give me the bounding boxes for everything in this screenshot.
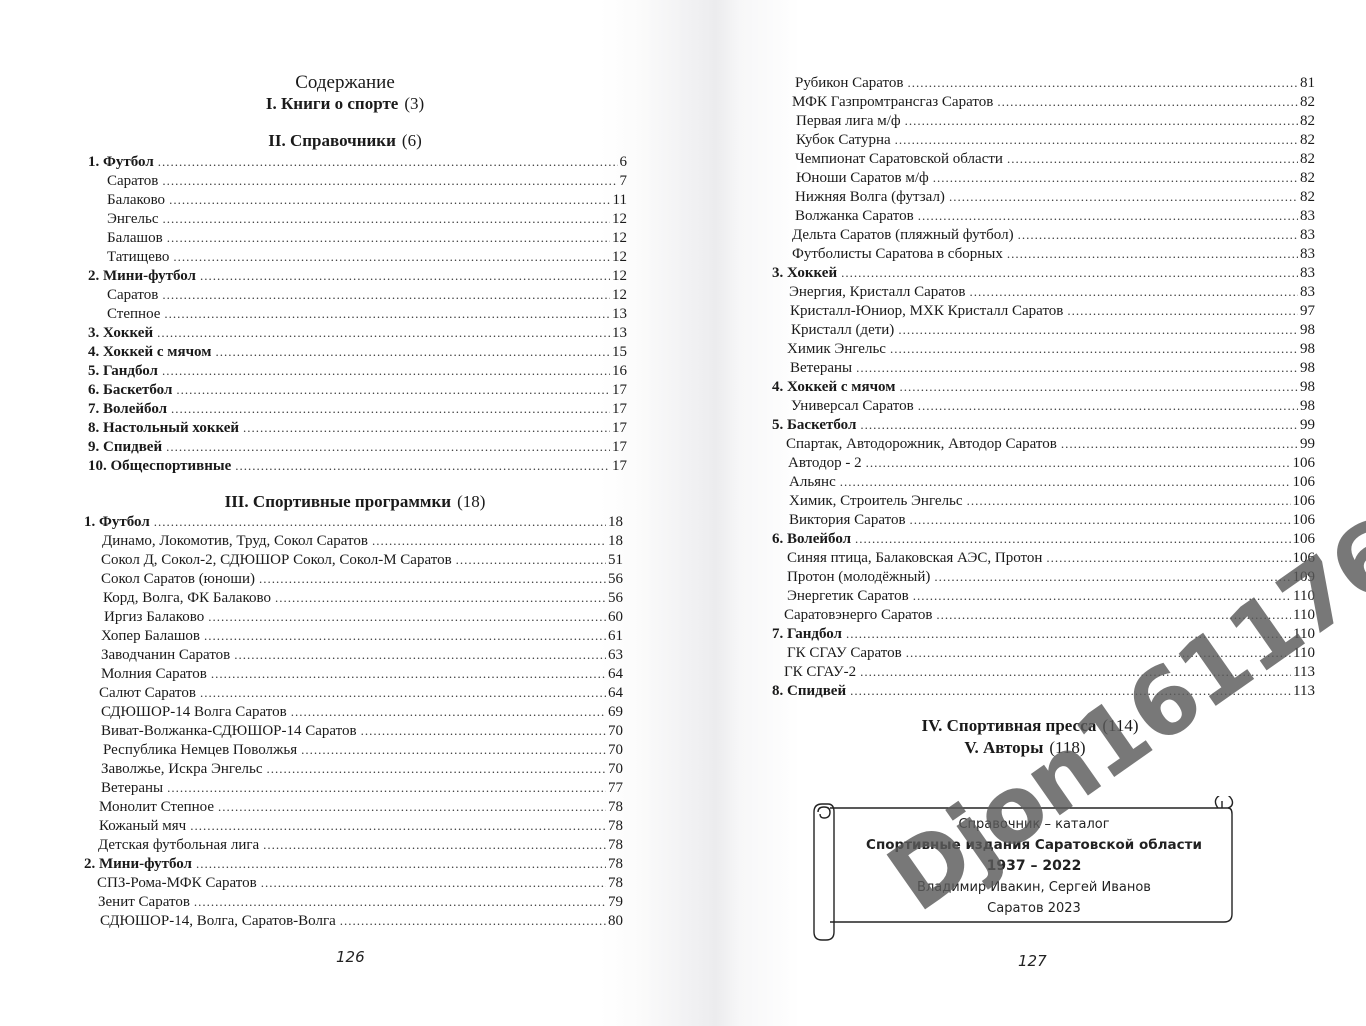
toc-entry-label: Энергетик Саратов — [787, 587, 913, 606]
toc-entry-label: СДЮШОР-14, Волга, Саратов-Волга — [100, 912, 340, 931]
toc-entry-label: Юноши Саратов м/ф — [796, 169, 933, 188]
toc-leader-dots — [267, 759, 606, 778]
toc-entry-label: Кристалл-Юниор, МХК Кристалл Саратов — [790, 302, 1067, 321]
toc-entry-label: Корд, Волга, ФК Балаково — [103, 589, 275, 608]
toc-entry-label: Зенит Саратов — [98, 893, 194, 912]
toc-section-entry: 10. Общеспортивные17 — [88, 456, 627, 475]
toc-entry-page-number: 82 — [1298, 188, 1315, 207]
toc-leader-dots — [907, 73, 1298, 92]
toc-leader-dots — [918, 206, 1298, 225]
toc-entry-page-number: 106 — [1291, 530, 1316, 549]
toc-leader-dots — [1067, 301, 1298, 320]
toc-entry-label: Хопер Балашов — [101, 627, 204, 646]
toc-entry-label: Энгельс — [107, 210, 163, 229]
toc-entry-label: 7. Гандбол — [772, 625, 846, 644]
toc-entry-label: Волжанка Саратов — [795, 207, 918, 226]
toc-entry-page-number: 79 — [606, 893, 623, 912]
toc-leader-dots — [162, 171, 617, 190]
toc-entry-label: Кубок Сатурна — [796, 131, 895, 150]
toc-entry-page-number: 18 — [606, 532, 623, 551]
toc-subentry: Химик, Строитель Энгельс106 — [789, 491, 1315, 510]
toc-leader-dots — [949, 187, 1298, 206]
toc-subentry: Энергетик Саратов110 — [787, 586, 1315, 605]
toc-entry-page-number: 78 — [606, 817, 623, 836]
toc-entry-label: Химик, Строитель Энгельс — [789, 492, 967, 511]
toc-entry-page-number: 70 — [606, 760, 623, 779]
toc-leader-dots — [898, 320, 1298, 339]
toc-entry-page-number: 17 — [610, 400, 627, 419]
toc-entry-page-number: 69 — [606, 703, 623, 722]
toc-entry-page-number: 110 — [1291, 644, 1315, 663]
toc-entry-label: Заводчанин Саратов — [101, 646, 234, 665]
toc-entry-label: 7. Волейбол — [88, 400, 171, 419]
toc-leader-dots — [856, 358, 1298, 377]
toc-leader-dots — [1061, 434, 1298, 453]
toc-entry-page-number: 106 — [1291, 492, 1316, 511]
toc-subentry: Химик Энгельс98 — [787, 339, 1315, 358]
toc-subentry: МФК Газпромтрансгаз Саратов82 — [792, 92, 1315, 111]
toc-leader-dots — [456, 550, 606, 569]
toc-subentry: СДЮШОР-14 Волга Саратов69 — [101, 702, 623, 721]
toc-leader-dots — [866, 453, 1291, 472]
toc-subentry: Кубок Сатурна82 — [796, 130, 1315, 149]
toc-entry-page-number: 70 — [606, 741, 623, 760]
toc-subentry: СПЗ-Рома-МФК Саратов78 — [97, 873, 623, 892]
toc-subentry: Салют Саратов64 — [99, 683, 623, 702]
toc-leader-dots — [1007, 244, 1298, 263]
toc-entry-label: 1. Футбол — [88, 153, 158, 172]
toc-entry-label: Энергия, Кристалл Саратов — [789, 283, 969, 302]
toc-leader-dots — [906, 643, 1291, 662]
toc-entry-label: МФК Газпромтрансгаз Саратов — [792, 93, 997, 112]
toc-entry-label: Нижняя Волга (футзал) — [795, 188, 949, 207]
toc-leader-dots — [167, 778, 606, 797]
toc-section-entry: 6. Волейбол106 — [772, 529, 1315, 548]
toc-leader-dots — [291, 702, 606, 721]
toc-subentry: Сокол Саратов (юноши)56 — [101, 569, 623, 588]
toc-subentry: Балашов12 — [107, 228, 627, 247]
toc-entry-page-number: 18 — [606, 513, 623, 532]
toc-leader-dots — [1018, 225, 1298, 244]
toc-entry-label: Саратов — [107, 286, 162, 305]
imprint-scroll-banner: Справочник – каталог Спортивные издания … — [808, 796, 1240, 942]
toc-leader-dots — [162, 361, 610, 380]
toc-entry-label: Степное — [107, 305, 164, 324]
toc-leader-dots — [176, 380, 610, 399]
section-heading-reference: II. Справочники(6) — [210, 131, 480, 151]
toc-leader-dots — [154, 512, 606, 531]
toc-section-entry: 3. Хоккей83 — [772, 263, 1315, 282]
toc-subentry: Заволжье, Искра Энгельс70 — [101, 759, 623, 778]
toc-entry-label: Монолит Степное — [99, 798, 218, 817]
toc-subentry: ГК СГАУ Саратов110 — [787, 643, 1315, 662]
toc-entry-label: Сокол Д, Сокол-2, СДЮШОР Сокол, Сокол-М … — [101, 551, 456, 570]
toc-entry-label: Виктория Саратов — [789, 511, 910, 530]
toc-entry-label: Саратовэнерго Саратов — [784, 606, 936, 625]
toc-section-entry: 1. Футбол18 — [84, 512, 623, 531]
toc-subentry: Виктория Саратов106 — [789, 510, 1315, 529]
toc-entry-label: Виват-Волжанка-СДЮШОР-14 Саратов — [101, 722, 361, 741]
toc-subentry: Заводчанин Саратов63 — [101, 645, 623, 664]
toc-entry-page-number: 83 — [1298, 226, 1315, 245]
toc-entry-label: 10. Общеспортивные — [88, 457, 235, 476]
toc-entry-page-number: 12 — [610, 267, 627, 286]
toc-subentry: СДЮШОР-14, Волга, Саратов-Волга80 — [100, 911, 623, 930]
toc-subentry: Юноши Саратов м/ф82 — [796, 168, 1315, 187]
toc-entry-label: Чемпионат Саратовской области — [795, 150, 1007, 169]
toc-entry-page-number: 60 — [606, 608, 623, 627]
toc-entry-page-number: 98 — [1298, 359, 1315, 378]
toc-leader-dots — [235, 456, 610, 475]
toc-entry-label: Ветераны — [101, 779, 167, 798]
toc-leader-dots — [234, 645, 606, 664]
toc-subentry: Кристалл (дети)98 — [791, 320, 1315, 339]
toc-entry-page-number: 81 — [1298, 74, 1315, 93]
toc-leader-dots — [936, 605, 1291, 624]
toc-entry-label: Детская футбольная лига — [98, 836, 263, 855]
toc-leader-dots — [263, 835, 606, 854]
toc-entry-page-number: 106 — [1291, 473, 1316, 492]
toc-entry-label: 1. Футбол — [84, 513, 154, 532]
toc-leader-dots — [372, 531, 606, 550]
toc-entry-label: Ветераны — [790, 359, 856, 378]
toc-leader-dots — [850, 681, 1291, 700]
section-heading-programs: III. Спортивные программки(18) — [150, 492, 560, 512]
toc-entry-label: Балаково — [107, 191, 169, 210]
toc-entry-label: СПЗ-Рома-МФК Саратов — [97, 874, 261, 893]
toc-entry-page-number: 17 — [610, 381, 627, 400]
toc-entry-page-number: 82 — [1298, 93, 1315, 112]
toc-subentry: Монолит Степное78 — [99, 797, 623, 816]
toc-subentry: Чемпионат Саратовской области82 — [795, 149, 1315, 168]
toc-section-entry: 8. Спидвей113 — [772, 681, 1315, 700]
toc-entry-label: 4. Хоккей с мячом — [88, 343, 215, 362]
toc-entry-page-number: 16 — [610, 362, 627, 381]
toc-entry-page-number: 82 — [1298, 112, 1315, 131]
toc-subentry: Кристалл-Юниор, МХК Кристалл Саратов97 — [790, 301, 1315, 320]
toc-entry-page-number: 98 — [1298, 321, 1315, 340]
toc-subentry: Детская футбольная лига78 — [98, 835, 623, 854]
toc-leader-dots — [899, 377, 1298, 396]
toc-subentry: Саратов7 — [107, 171, 627, 190]
toc-section-entry: 6. Баскетбол17 — [88, 380, 627, 399]
toc-leader-dots — [261, 873, 606, 892]
toc-entry-label: 3. Хоккей — [88, 324, 157, 343]
imprint-years: 1937 – 2022 — [838, 856, 1230, 877]
toc-entry-page-number: 12 — [610, 229, 627, 248]
toc-subentry: Балаково11 — [107, 190, 627, 209]
toc-entry-page-number: 13 — [610, 324, 627, 343]
toc-leader-dots — [934, 567, 1290, 586]
toc-subentry: Универсал Саратов98 — [791, 396, 1315, 415]
toc-entry-page-number: 17 — [610, 457, 627, 476]
toc-entry-page-number: 83 — [1298, 245, 1315, 264]
toc-entry-page-number: 97 — [1298, 302, 1315, 321]
toc-subentry: Нижняя Волга (футзал)82 — [795, 187, 1315, 206]
toc-entry-label: Балашов — [107, 229, 167, 248]
toc-entry-page-number: 82 — [1298, 169, 1315, 188]
page-number-left: 126 — [336, 948, 365, 966]
toc-subentry: ГК СГАУ-2113 — [784, 662, 1315, 681]
imprint-subtitle: Справочник – каталог — [838, 814, 1230, 835]
toc-entry-page-number: 64 — [606, 665, 623, 684]
toc-entry-page-number: 7 — [618, 172, 628, 191]
toc-leader-dots — [171, 399, 610, 418]
toc-entry-page-number: 83 — [1298, 207, 1315, 226]
toc-leader-dots — [157, 323, 610, 342]
toc-leader-dots — [860, 662, 1291, 681]
toc-entry-label: 8. Спидвей — [772, 682, 850, 701]
toc-entry-label: 5. Баскетбол — [772, 416, 860, 435]
toc-leader-dots — [204, 626, 606, 645]
toc-entry-label: 4. Хоккей с мячом — [772, 378, 899, 397]
toc-leader-dots — [301, 740, 606, 759]
toc-entry-label: 9. Спидвей — [88, 438, 166, 457]
toc-subentry: Кожаный мяч78 — [99, 816, 623, 835]
page-number-right: 127 — [1018, 952, 1047, 970]
toc-entry-label: Кожаный мяч — [99, 817, 190, 836]
toc-entry-page-number: 56 — [606, 570, 623, 589]
toc-entry-label: Синяя птица, Балаковская АЭС, Протон — [787, 549, 1046, 568]
toc-subentry: Саратов12 — [107, 285, 627, 304]
toc-entry-page-number: 12 — [610, 210, 627, 229]
toc-leader-dots — [194, 892, 606, 911]
contents-title: Содержание — [250, 72, 440, 94]
toc-subentry: Динамо, Локомотив, Труд, Сокол Саратов18 — [102, 531, 623, 550]
toc-leader-dots — [173, 247, 610, 266]
toc-section-entry: 4. Хоккей с мячом15 — [88, 342, 627, 361]
toc-entry-page-number: 11 — [611, 191, 627, 210]
toc-leader-dots — [967, 491, 1291, 510]
toc-leader-dots — [969, 282, 1298, 301]
toc-entry-label: Заволжье, Искра Энгельс — [101, 760, 267, 779]
toc-entry-label: 8. Настольный хоккей — [88, 419, 243, 438]
toc-entry-label: Дельта Саратов (пляжный футбол) — [792, 226, 1018, 245]
toc-entry-page-number: 6 — [618, 153, 628, 172]
toc-entry-page-number: 12 — [610, 286, 627, 305]
toc-entry-label: Салют Саратов — [99, 684, 200, 703]
toc-entry-page-number: 113 — [1291, 663, 1315, 682]
toc-leader-dots — [361, 721, 606, 740]
toc-leader-dots — [840, 472, 1291, 491]
toc-leader-dots — [259, 569, 606, 588]
toc-entry-page-number: 12 — [610, 248, 627, 267]
toc-subentry: Хопер Балашов61 — [101, 626, 623, 645]
toc-entry-label: Автодор - 2 — [788, 454, 866, 473]
imprint-authors: Владимир Ивакин, Сергей Иванов — [838, 877, 1230, 898]
toc-entry-label: Молния Саратов — [101, 665, 211, 684]
toc-leader-dots — [208, 607, 606, 626]
toc-entry-label: ГК СГАУ-2 — [784, 663, 860, 682]
toc-entry-label: Универсал Саратов — [791, 397, 918, 416]
toc-subentry: Энгельс12 — [107, 209, 627, 228]
toc-entry-label: Сокол Саратов (юноши) — [101, 570, 259, 589]
toc-entry-label: 6. Баскетбол — [88, 381, 176, 400]
toc-entry-label: Республика Немцев Поволжья — [103, 741, 301, 760]
toc-leader-dots — [200, 683, 606, 702]
toc-entry-label: ГК СГАУ Саратов — [787, 644, 906, 663]
toc-leader-dots — [166, 437, 610, 456]
toc-leader-dots — [158, 152, 618, 171]
toc-entry-page-number: 106 — [1291, 549, 1316, 568]
toc-entry-page-number: 17 — [610, 438, 627, 457]
toc-subentry: Саратовэнерго Саратов110 — [784, 605, 1315, 624]
toc-leader-dots — [841, 263, 1298, 282]
toc-subentry: Спартак, Автодорожник, Автодор Саратов99 — [786, 434, 1315, 453]
toc-subentry: Иргиз Балаково60 — [104, 607, 623, 626]
toc-leader-dots — [275, 588, 606, 607]
toc-entry-page-number: 64 — [606, 684, 623, 703]
toc-entry-page-number: 106 — [1291, 454, 1316, 473]
toc-leader-dots — [164, 304, 610, 323]
toc-subentry: Корд, Волга, ФК Балаково56 — [103, 588, 623, 607]
toc-leader-dots — [162, 285, 610, 304]
toc-subentry: Протон (молодёжный)109 — [787, 567, 1315, 586]
toc-entry-page-number: 61 — [606, 627, 623, 646]
toc-subentry: Автодор - 2106 — [788, 453, 1315, 472]
toc-leader-dots — [167, 228, 610, 247]
toc-section-entry: 8. Настольный хоккей17 — [88, 418, 627, 437]
toc-entry-page-number: 78 — [606, 874, 623, 893]
left-page: Содержание I. Книги о спорте(3) II. Спра… — [0, 0, 680, 1026]
toc-entry-page-number: 83 — [1298, 283, 1315, 302]
toc-leader-dots — [1046, 548, 1290, 567]
toc-entry-page-number: 17 — [610, 419, 627, 438]
toc-subentry: Степное13 — [107, 304, 627, 323]
toc-entry-label: 3. Хоккей — [772, 264, 841, 283]
toc-section-entry: 5. Баскетбол99 — [772, 415, 1315, 434]
toc-entry-page-number: 78 — [606, 855, 623, 874]
toc-subentry: Рубикон Саратов81 — [795, 73, 1315, 92]
toc-entry-page-number: 110 — [1291, 625, 1315, 644]
toc-subentry: Татищево12 — [107, 247, 627, 266]
toc-leader-dots — [997, 92, 1298, 111]
imprint-place-year: Саратов 2023 — [838, 898, 1230, 919]
toc-entry-label: Рубикон Саратов — [795, 74, 907, 93]
toc-leader-dots — [243, 418, 610, 437]
section-heading-press: IV. Спортивная пресса(114) — [870, 716, 1190, 736]
toc-entry-page-number: 110 — [1291, 587, 1315, 606]
toc-leader-dots — [913, 586, 1291, 605]
toc-entry-page-number: 98 — [1298, 340, 1315, 359]
toc-entry-label: Альянс — [789, 473, 840, 492]
toc-entry-page-number: 99 — [1298, 416, 1315, 435]
toc-subentry: Ветераны98 — [790, 358, 1315, 377]
toc-entry-page-number: 80 — [606, 912, 623, 931]
toc-leader-dots — [215, 342, 610, 361]
toc-entry-page-number: 63 — [606, 646, 623, 665]
toc-subentry: Виват-Волжанка-СДЮШОР-14 Саратов70 — [101, 721, 623, 740]
toc-entry-label: 6. Волейбол — [772, 530, 855, 549]
toc-entry-page-number: 98 — [1298, 397, 1315, 416]
toc-leader-dots — [860, 415, 1298, 434]
toc-entry-page-number: 110 — [1291, 606, 1315, 625]
toc-subentry: Энергия, Кристалл Саратов83 — [789, 282, 1315, 301]
toc-section-entry: 2. Мини-футбол78 — [84, 854, 623, 873]
toc-entry-page-number: 82 — [1298, 131, 1315, 150]
toc-subentry: Синяя птица, Балаковская АЭС, Протон106 — [787, 548, 1315, 567]
toc-subentry: Дельта Саратов (пляжный футбол)83 — [792, 225, 1315, 244]
toc-leader-dots — [933, 168, 1298, 187]
toc-leader-dots — [163, 209, 610, 228]
toc-subentry: Футболисты Саратова в сборных83 — [792, 244, 1315, 263]
toc-section-entry: 7. Волейбол17 — [88, 399, 627, 418]
toc-entry-page-number: 106 — [1291, 511, 1316, 530]
toc-entry-page-number: 98 — [1298, 378, 1315, 397]
toc-entry-label: Кристалл (дети) — [791, 321, 898, 340]
toc-leader-dots — [855, 529, 1290, 548]
toc-entry-label: Саратов — [107, 172, 162, 191]
toc-entry-page-number: 51 — [606, 551, 623, 570]
toc-leader-dots — [340, 911, 606, 930]
toc-entry-label: 2. Мини-футбол — [88, 267, 200, 286]
toc-leader-dots — [895, 130, 1298, 149]
toc-section-entry: 4. Хоккей с мячом98 — [772, 377, 1315, 396]
toc-section-entry: 3. Хоккей13 — [88, 323, 627, 342]
toc-entry-page-number: 70 — [606, 722, 623, 741]
toc-leader-dots — [846, 624, 1291, 643]
toc-entry-page-number: 82 — [1298, 150, 1315, 169]
toc-entry-label: СДЮШОР-14 Волга Саратов — [101, 703, 291, 722]
toc-entry-page-number: 15 — [610, 343, 627, 362]
toc-entry-label: Динамо, Локомотив, Труд, Сокол Саратов — [102, 532, 372, 551]
toc-leader-dots — [196, 854, 606, 873]
toc-entry-label: Футболисты Саратова в сборных — [792, 245, 1007, 264]
toc-subentry: Ветераны77 — [101, 778, 623, 797]
toc-section-entry: 9. Спидвей17 — [88, 437, 627, 456]
toc-subentry: Первая лига м/ф82 — [796, 111, 1315, 130]
toc-leader-dots — [1007, 149, 1298, 168]
toc-section-entry: 1. Футбол6 — [88, 152, 627, 171]
toc-subentry: Альянс106 — [789, 472, 1315, 491]
toc-entry-label: 5. Гандбол — [88, 362, 162, 381]
toc-leader-dots — [169, 190, 610, 209]
toc-entry-page-number: 99 — [1298, 435, 1315, 454]
toc-subentry: Волжанка Саратов83 — [795, 206, 1315, 225]
toc-leader-dots — [918, 396, 1298, 415]
toc-subentry: Молния Саратов64 — [101, 664, 623, 683]
toc-entry-label: Протон (молодёжный) — [787, 568, 934, 587]
toc-section-entry: 2. Мини-футбол12 — [88, 266, 627, 285]
toc-entry-page-number: 78 — [606, 836, 623, 855]
toc-entry-page-number: 83 — [1298, 264, 1315, 283]
toc-leader-dots — [211, 664, 606, 683]
toc-leader-dots — [905, 111, 1298, 130]
section-heading-authors: V. Авторы(118) — [890, 738, 1160, 758]
toc-entry-label: Иргиз Балаково — [104, 608, 208, 627]
toc-entry-page-number: 113 — [1291, 682, 1315, 701]
toc-leader-dots — [200, 266, 610, 285]
toc-entry-label: 2. Мини-футбол — [84, 855, 196, 874]
toc-subentry: Сокол Д, Сокол-2, СДЮШОР Сокол, Сокол-М … — [101, 550, 623, 569]
toc-entry-page-number: 78 — [606, 798, 623, 817]
toc-entry-label: Татищево — [107, 248, 173, 267]
imprint-title: Спортивные издания Саратовской области — [838, 835, 1230, 856]
toc-leader-dots — [910, 510, 1291, 529]
toc-subentry: Республика Немцев Поволжья70 — [103, 740, 623, 759]
toc-entry-label: Спартак, Автодорожник, Автодор Саратов — [786, 435, 1061, 454]
toc-entry-page-number: 109 — [1291, 568, 1316, 587]
toc-leader-dots — [190, 816, 606, 835]
toc-subentry: Зенит Саратов79 — [98, 892, 623, 911]
toc-entry-page-number: 77 — [606, 779, 623, 798]
toc-entry-label: Химик Энгельс — [787, 340, 890, 359]
toc-section-entry: 7. Гандбол110 — [772, 624, 1315, 643]
toc-entry-label: Первая лига м/ф — [796, 112, 905, 131]
toc-leader-dots — [218, 797, 606, 816]
section-heading-books: I. Книги о спорте(3) — [210, 94, 480, 114]
toc-entry-page-number: 13 — [610, 305, 627, 324]
